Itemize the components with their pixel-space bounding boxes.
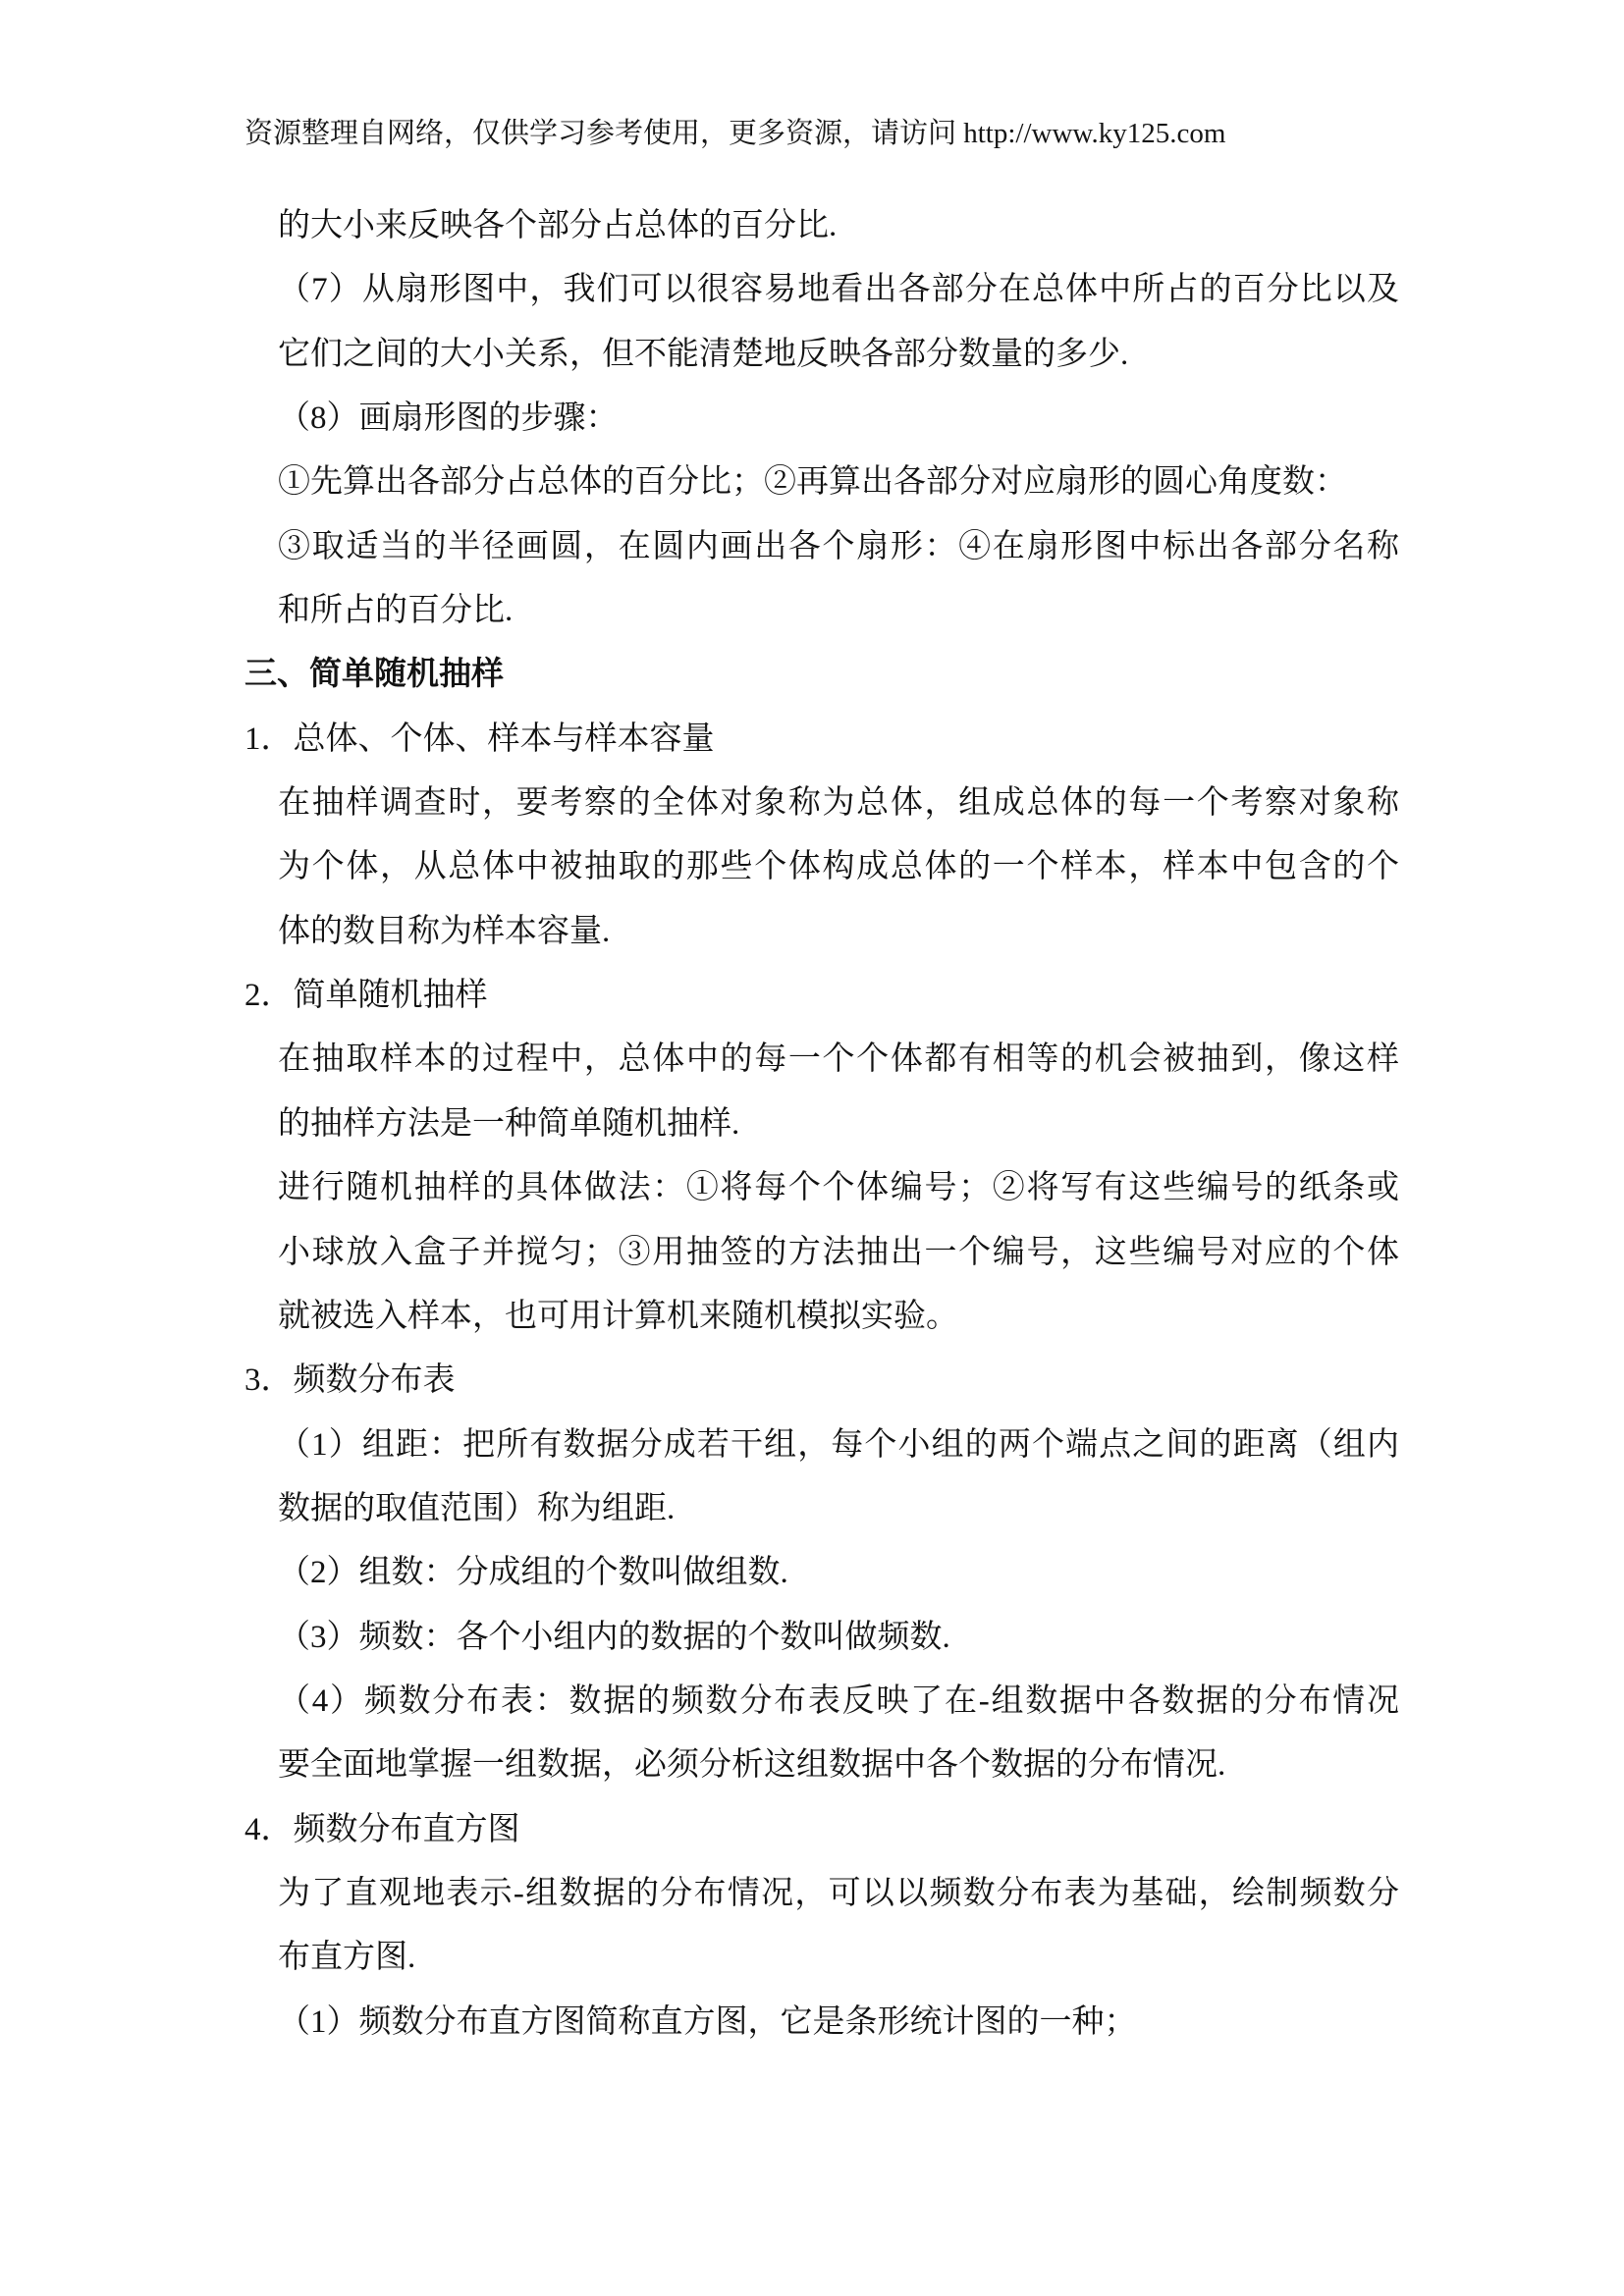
text-line: 体的数目称为样本容量. bbox=[278, 900, 1399, 964]
text-line: （1）组距：把所有数据分成若干组，每个小组的两个端点之间的距离（组内 bbox=[278, 1414, 1399, 1477]
document-page: 资源整理自网络，仅供学习参考使用，更多资源，请访问 http://www.ky1… bbox=[0, 0, 1624, 2296]
text-line: 进行随机抽样的具体做法：①将每个个体编号；②将写有这些编号的纸条或 bbox=[278, 1156, 1399, 1220]
text-line: （3）频数：各个小组内的数据的个数叫做频数. bbox=[278, 1606, 1399, 1670]
text-line: （4）频数分布表：数据的频数分布表反映了在-组数据中各数据的分布情况 bbox=[278, 1670, 1399, 1734]
text-line: ①先算出各部分占总体的百分比；②再算出各部分对应扇形的圆心角度数： bbox=[278, 451, 1399, 514]
text-line: 布直方图. bbox=[278, 1926, 1399, 1990]
text-line: （1）频数分布直方图简称直方图，它是条形统计图的一种； bbox=[278, 1991, 1399, 2055]
text-line: 1．总体、个体、样本与样本容量 bbox=[244, 708, 1399, 772]
text-line: 就被选入样本，也可用计算机来随机模拟实验。 bbox=[278, 1285, 1399, 1349]
text-line: ③取适当的半径画圆，在圆内画出各个扇形：④在扇形图中标出各部分名称 bbox=[278, 515, 1399, 579]
text-line: （7）从扇形图中，我们可以很容易地看出各部分在总体中所占的百分比以及 bbox=[278, 258, 1399, 322]
text-line: 的大小来反映各个部分占总体的百分比. bbox=[278, 194, 1399, 258]
document-body: 的大小来反映各个部分占总体的百分比.（7）从扇形图中，我们可以很容易地看出各部分… bbox=[0, 194, 1624, 2055]
text-line: 3．频数分布表 bbox=[244, 1349, 1399, 1413]
text-line: 为了直观地表示-组数据的分布情况，可以以频数分布表为基础，绘制频数分 bbox=[278, 1862, 1399, 1926]
text-line: 小球放入盒子并搅匀；③用抽签的方法抽出一个编号，这些编号对应的个体 bbox=[278, 1221, 1399, 1285]
text-line: 在抽取样本的过程中，总体中的每一个个体都有相等的机会被抽到，像这样 bbox=[278, 1028, 1399, 1092]
text-line: 三、简单随机抽样 bbox=[244, 643, 1399, 707]
text-line: 和所占的百分比. bbox=[278, 579, 1399, 643]
text-line: 要全面地掌握一组数据，必须分析这组数据中各个数据的分布情况. bbox=[278, 1734, 1399, 1797]
text-line: 为个体，从总体中被抽取的那些个体构成总体的一个样本，样本中包含的个 bbox=[278, 835, 1399, 899]
text-line: 它们之间的大小关系，但不能清楚地反映各部分数量的多少. bbox=[278, 323, 1399, 387]
text-line: （2）组数：分成组的个数叫做组数. bbox=[278, 1541, 1399, 1605]
text-line: 数据的取值范围）称为组距. bbox=[278, 1477, 1399, 1541]
page-header-note: 资源整理自网络，仅供学习参考使用，更多资源，请访问 http://www.ky1… bbox=[244, 116, 1225, 151]
text-line: （8）画扇形图的步骤： bbox=[278, 387, 1399, 451]
text-line: 的抽样方法是一种简单随机抽样. bbox=[278, 1093, 1399, 1156]
text-line: 2．简单随机抽样 bbox=[244, 964, 1399, 1028]
text-line: 在抽样调查时，要考察的全体对象称为总体，组成总体的每一个考察对象称 bbox=[278, 772, 1399, 835]
text-line: 4．频数分布直方图 bbox=[244, 1798, 1399, 1862]
